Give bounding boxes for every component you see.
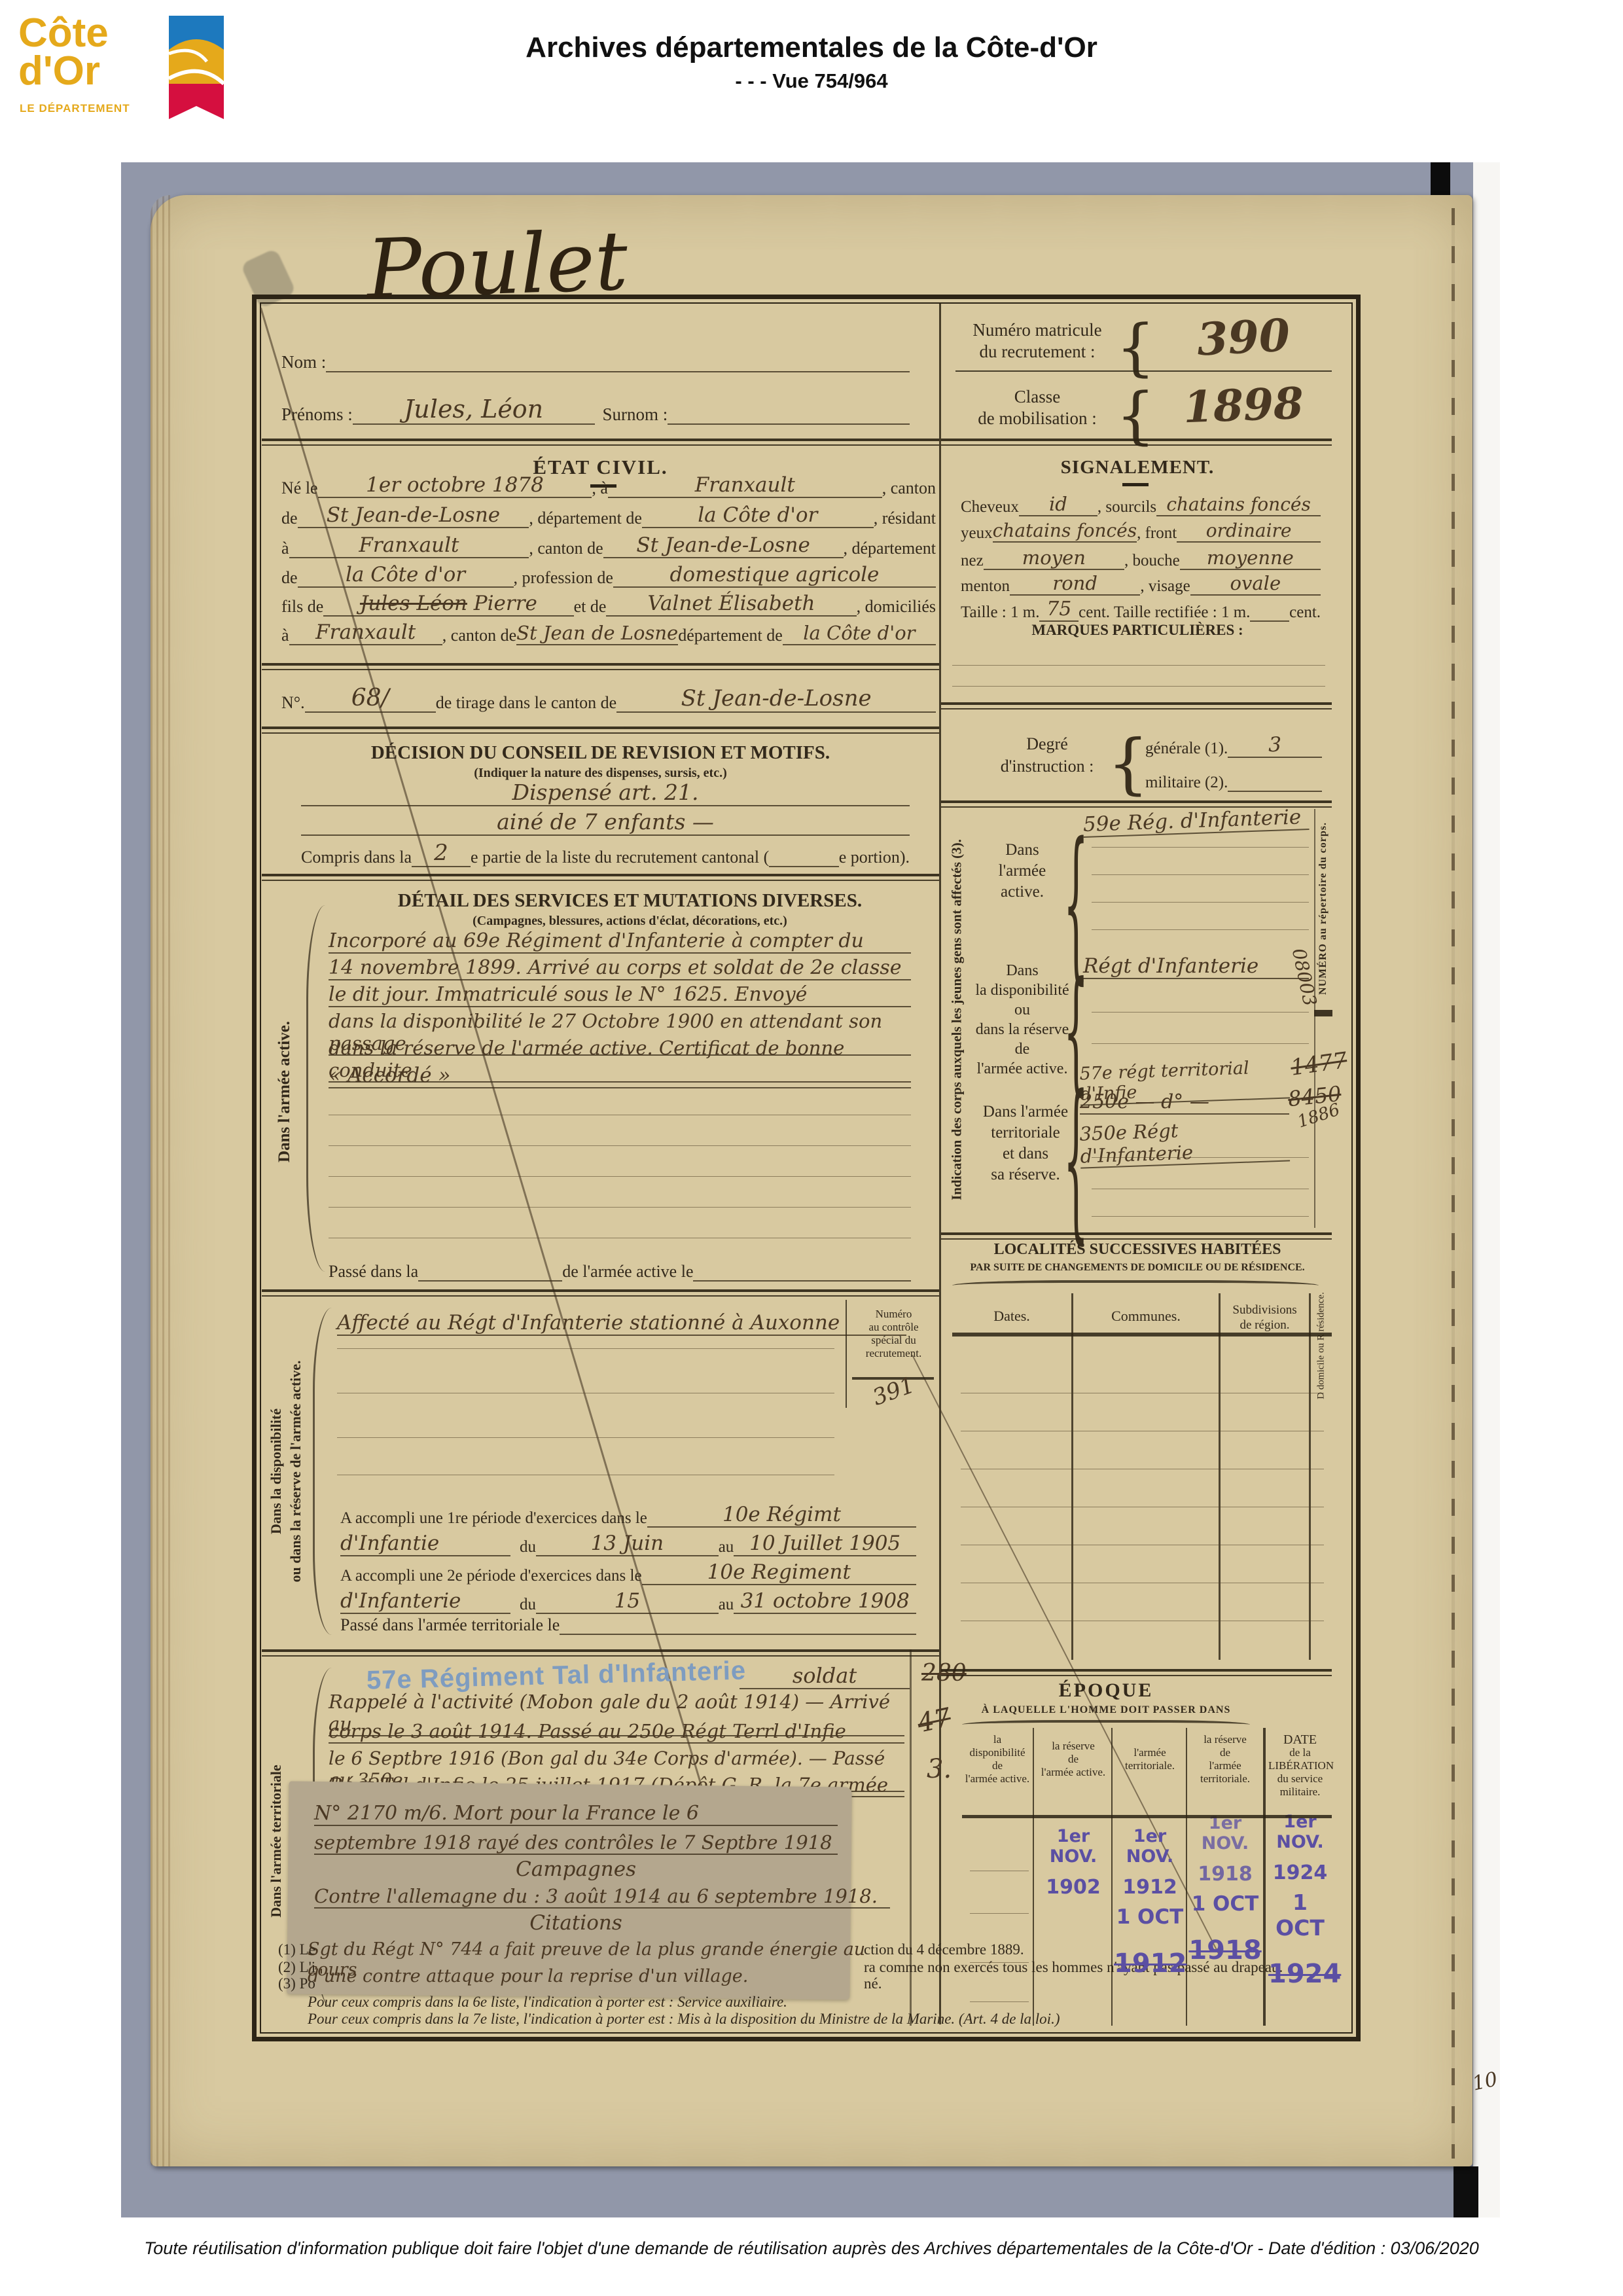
localites-header-rule bbox=[952, 1333, 1332, 1336]
classe-label-1: Classe bbox=[962, 386, 1113, 408]
ec-l5-label3: , domiciliés bbox=[857, 597, 936, 617]
name-block-rule bbox=[262, 439, 939, 446]
binding-shadow bbox=[1454, 2166, 1478, 2217]
front-value: ordinaire bbox=[1177, 520, 1321, 543]
taille-rect-label: cent. Taille rectifiée : 1 m. bbox=[1079, 603, 1250, 622]
ep-h1-1: disponibilité bbox=[962, 1746, 1033, 1759]
ep-h5-4: militaire. bbox=[1268, 1785, 1332, 1799]
prenoms-label: Prénoms : bbox=[281, 404, 353, 425]
ec-l3-value: Franxault bbox=[289, 533, 529, 558]
ep-h2-0: la réserve bbox=[1035, 1740, 1111, 1753]
periode1-du: du bbox=[520, 1538, 536, 1556]
degre-label-2: d'instruction : bbox=[982, 755, 1113, 778]
front-label: , front bbox=[1137, 524, 1177, 543]
corps-dispo-l1: la disponibilité bbox=[970, 980, 1075, 1000]
menton-label: menton bbox=[961, 577, 1010, 596]
dispo-bottom-rule bbox=[262, 1649, 939, 1657]
surnom-line bbox=[668, 403, 910, 425]
periode2-fin: 31 octobre 1908 bbox=[734, 1589, 916, 1614]
sig-row-3: nez moyen , bouche moyenne bbox=[961, 547, 1321, 570]
ec-l4-value2: domestique agricole bbox=[613, 563, 936, 588]
strip-line-7: d'une contre attaque pour la reprise d'u… bbox=[308, 1966, 883, 1986]
ec-l3-label2: , canton de bbox=[529, 539, 603, 558]
prenoms-value: Jules, Léon bbox=[353, 395, 595, 425]
ec-l5: fils de Jules Léon Pierre et de Valnet É… bbox=[281, 592, 936, 617]
ep-h4-2: l'armée bbox=[1187, 1759, 1263, 1772]
visage-label: , visage bbox=[1140, 577, 1190, 596]
blank-rule bbox=[952, 686, 1325, 687]
classe-label-2: de mobilisation : bbox=[962, 408, 1113, 429]
dates-header: Dates. bbox=[952, 1308, 1071, 1325]
subdivisions-header-1: Subdivisions bbox=[1221, 1302, 1309, 1318]
periode2-label: A accompli une 2e période d'exercices da… bbox=[340, 1567, 642, 1585]
dispo-hand: Affecté au Régt d'Infanterie stationné à… bbox=[337, 1311, 906, 1336]
corps-dispo-l3: dans la réserve bbox=[970, 1020, 1075, 1039]
epoque-col-date: DATE de la LIBÉRATION du service militai… bbox=[1268, 1728, 1332, 2026]
tirage-label: de tirage dans le canton de bbox=[436, 693, 617, 713]
services-rotated-label: Dans l'armée active. bbox=[276, 1021, 294, 1162]
localites-col-communes: Communes. bbox=[1073, 1293, 1221, 1660]
controle-label-1: Numéro bbox=[847, 1308, 940, 1321]
ec-l4-label2: , profession de bbox=[514, 568, 613, 588]
surnom-label: Surnom : bbox=[603, 404, 668, 425]
blank-rule bbox=[329, 1207, 911, 1208]
stamp-year-2: 1902 bbox=[1035, 1876, 1111, 1899]
periode1-row2: d'Infantie du 13 Juin au 10 Juillet 1905 bbox=[340, 1532, 916, 1556]
epoque-col-3: l'armée territoriale. 1er NOV. 1912 1 OC… bbox=[1114, 1728, 1187, 2026]
corps-dispo-value: Régt d'Infanterie bbox=[1083, 954, 1309, 979]
services-line-3: le dit jour. Immatriculé sous le N° 1625… bbox=[329, 983, 911, 1007]
corps-active-label: Dans l'armée active. bbox=[976, 840, 1068, 903]
compris-label3: e portion). bbox=[839, 848, 910, 867]
ec-l5-father: Pierre bbox=[474, 592, 537, 615]
strip-line-4: Contre l'allemagne du : 3 août 1914 au 6… bbox=[314, 1885, 890, 1909]
blank-rule bbox=[337, 1348, 834, 1349]
facing-page-edge bbox=[1473, 162, 1500, 2217]
blank-rule bbox=[1092, 1012, 1309, 1013]
blank-rule bbox=[337, 1437, 834, 1438]
ec-l4-value: la Côte d'or bbox=[298, 563, 514, 588]
ec-l3: à Franxault , canton de St Jean-de-Losne… bbox=[281, 533, 936, 558]
repertoire-tick bbox=[1314, 1010, 1332, 1016]
passe-active-label: Passé dans la bbox=[329, 1262, 418, 1282]
corps-active-label-2: l'armée active. bbox=[976, 861, 1068, 903]
repertoire-strip-label: NUMÉRO au répertoire du corps. bbox=[1317, 822, 1329, 995]
subdivisions-header-2: de région. bbox=[1221, 1318, 1309, 1333]
passe-terr-label: Passé dans l'armée territoriale le bbox=[340, 1615, 560, 1635]
passe-active-row: Passé dans la de l'armée active le bbox=[329, 1261, 911, 1282]
blank-rule bbox=[1092, 929, 1309, 930]
services-line-2: 14 novembre 1899. Arrivé au corps et sol… bbox=[329, 956, 911, 980]
nom-row: Nom : bbox=[281, 351, 910, 372]
ec-l1-label: Né le bbox=[281, 478, 318, 498]
periode1-debut: 13 Juin bbox=[536, 1532, 719, 1556]
services-title: DÉTAIL DES SERVICES ET MUTATIONS DIVERSE… bbox=[321, 890, 939, 912]
blank-rule bbox=[961, 1621, 1324, 1621]
subdivisions-header: Subdivisions de région. bbox=[1221, 1302, 1309, 1333]
blank-rule bbox=[329, 1145, 911, 1146]
dispo-rotated-label-2: ou dans la réserve de l'armée active. bbox=[287, 1360, 304, 1582]
footnote-3-left: (3) Po bbox=[278, 1975, 315, 1992]
controle-label-4: recrutement. bbox=[847, 1347, 940, 1360]
terr-line-2: corps le 3 août 1914. Passé au 250e Régt… bbox=[329, 1720, 904, 1744]
footnote-2-left: (2) L'i bbox=[278, 1959, 315, 1976]
epoque-header-rule bbox=[962, 1815, 1332, 1818]
footnote-3-right: né. bbox=[864, 1975, 882, 1992]
marques-title: MARQUES PARTICULIÈRES : bbox=[941, 622, 1334, 639]
ec-l3-label: à bbox=[281, 539, 289, 558]
passe-terr-blank bbox=[560, 1614, 916, 1635]
ec-l5-label: fils de bbox=[281, 597, 323, 617]
ec-l5-mother: Valnet Élisabeth bbox=[606, 592, 856, 617]
tirage-no-value: 68/ bbox=[305, 685, 436, 713]
controle-label-3: spécial du bbox=[847, 1334, 940, 1347]
epoque-col-2: la réserve de l'armée active. 1er NOV. 1… bbox=[1035, 1728, 1113, 2026]
ec-l3-value2: St Jean-de-Losne bbox=[603, 533, 844, 558]
services-bottom-rule bbox=[262, 1289, 939, 1297]
ep-h2-1: de bbox=[1035, 1753, 1111, 1766]
footnote-1-left: (1) Le bbox=[278, 1941, 315, 1958]
page-stack-edge bbox=[151, 195, 170, 2166]
cheveux-value: id bbox=[1019, 493, 1097, 516]
ec-l4: de la Côte d'or , profession de domestiq… bbox=[281, 563, 936, 588]
blank-rule bbox=[329, 1238, 911, 1238]
stamp-big-4: 1918 bbox=[1187, 1935, 1263, 1965]
sig-row-1: Cheveux id , sourcils chatains foncés bbox=[961, 493, 1321, 516]
ec-l4-label: de bbox=[281, 568, 298, 588]
epoque-top-rule bbox=[941, 1669, 1332, 1676]
localites-title: LOCALITÉS SUCCESSIVES HABITÉES bbox=[941, 1241, 1334, 1259]
compris-label: Compris dans la bbox=[301, 848, 412, 867]
periode2-debut: 15 bbox=[536, 1589, 719, 1614]
periode2-au: au bbox=[719, 1596, 734, 1614]
epoque-col-4: la réserve de l'armée territoriale. 1er … bbox=[1187, 1728, 1266, 2026]
degre-gen-value: 3 bbox=[1228, 733, 1322, 758]
register-page: 10 Poulet Nom : Prénoms : Jules, Léon bbox=[151, 195, 1472, 2166]
ec-l5-label2: et de bbox=[574, 597, 607, 617]
etat-bottom-rule bbox=[262, 663, 939, 670]
blank-rule bbox=[337, 1393, 834, 1393]
ec-l6-label3: département de bbox=[678, 626, 783, 645]
bouche-label: , bouche bbox=[1124, 552, 1180, 570]
stamp-year-3: 1912 bbox=[1114, 1876, 1186, 1899]
corps-active-label-1: Dans bbox=[976, 840, 1068, 861]
blank-rule bbox=[961, 1507, 1324, 1507]
controle-box: Numéro au contrôle spécial du recrutemen… bbox=[846, 1300, 940, 1408]
classe-label: Classe de mobilisation : bbox=[962, 386, 1113, 429]
yeux-value: chatains foncés bbox=[993, 520, 1137, 543]
decision-rule bbox=[262, 874, 939, 881]
epoque-col3-header: l'armée territoriale. bbox=[1114, 1746, 1186, 1772]
periode1-au: au bbox=[719, 1538, 734, 1556]
blank-rule bbox=[1092, 1189, 1309, 1189]
decision-hand2: ainé de 7 enfants — bbox=[301, 809, 910, 836]
epoque-title: ÉPOQUE bbox=[962, 1679, 1250, 1702]
blank-rule bbox=[1092, 1157, 1309, 1158]
ec-l2-value: St Jean-de-Losne bbox=[298, 503, 529, 528]
ep-h3-0: l'armée bbox=[1114, 1746, 1186, 1759]
stamp-big-5: 1924 bbox=[1268, 1959, 1332, 1989]
ec-l6-value3: la Côte d'or bbox=[783, 622, 936, 645]
page-title: Archives départementales de la Côte-d'Or bbox=[0, 31, 1623, 64]
ec-l1-label2: , à bbox=[592, 478, 608, 498]
ec-l2-label2: , département de bbox=[529, 509, 642, 528]
degre-gen-row: générale (1). 3 bbox=[1145, 733, 1322, 758]
localites-col-subdivisions: Subdivisions de région. bbox=[1221, 1293, 1311, 1660]
communes-header: Communes. bbox=[1073, 1308, 1219, 1325]
compris-blank bbox=[769, 846, 838, 867]
margin-number-3: 3. bbox=[927, 1754, 952, 1784]
taille-cent-label: cent. bbox=[1289, 603, 1321, 622]
degre-brace: { bbox=[1107, 725, 1149, 802]
name-script: Poulet bbox=[365, 207, 827, 317]
matricule-label-2: du recrutement : bbox=[962, 341, 1113, 363]
periode1-value: 10e Régimt bbox=[647, 1503, 916, 1528]
cheveux-label: Cheveux bbox=[961, 498, 1019, 516]
corps-terr-value-3: 350e Régt d'Infanterie bbox=[1079, 1115, 1290, 1168]
epoque-col4-header: la réserve de l'armée territoriale. bbox=[1187, 1733, 1263, 1785]
tirage-row: N°. 68/ de tirage dans le canton de St J… bbox=[281, 685, 936, 713]
sig-row-2: yeux chatains foncés , front ordinaire bbox=[961, 520, 1321, 543]
degre-label: Degré d'instruction : bbox=[982, 733, 1113, 778]
epoque-col1-header: la disponibilité de l'armée active. bbox=[962, 1733, 1033, 1785]
blank-rule bbox=[1092, 874, 1309, 875]
dispo-brace bbox=[313, 1308, 332, 1635]
stamp-nov-3: 1er NOV. bbox=[1114, 1826, 1186, 1867]
ep-h5-3: du service bbox=[1268, 1772, 1332, 1785]
ec-l5-value: Jules Léon Pierre bbox=[323, 592, 573, 617]
blank-rule bbox=[970, 1871, 1029, 1871]
taille-row: Taille : 1 m. 75 cent. Taille rectifiée … bbox=[961, 598, 1321, 622]
stamp-nov-2: 1er NOV. bbox=[1035, 1826, 1111, 1867]
periode2-row2: d'Infanterie du 15 au 31 octobre 1908 bbox=[340, 1589, 916, 1614]
epoque-col-1: la disponibilité de l'armée active. bbox=[962, 1728, 1034, 2026]
compris-row: Compris dans la 2 e partie de la liste d… bbox=[301, 840, 910, 867]
matricule-label: Numéro matricule du recrutement : bbox=[962, 319, 1113, 363]
ep-h4-1: de bbox=[1187, 1746, 1263, 1759]
repertoire-divider bbox=[1314, 809, 1315, 1228]
periode1-label: A accompli une 1re période d'exercices d… bbox=[340, 1509, 647, 1528]
periode2-corps: d'Infanterie bbox=[340, 1589, 510, 1614]
blank-rule bbox=[961, 1583, 1324, 1583]
periode2-value: 10e Regiment bbox=[642, 1560, 916, 1585]
ec-l2-value2: la Côte d'or bbox=[642, 503, 874, 528]
matricule-value: 390 bbox=[1167, 308, 1320, 368]
blank-rule bbox=[329, 1176, 911, 1177]
corps-dispo-label: Dans la disponibilité ou dans la réserve… bbox=[970, 961, 1075, 1079]
ep-h3-1: territoriale. bbox=[1114, 1759, 1186, 1772]
ec-l6: à Franxault , canton de St Jean de Losne… bbox=[281, 620, 936, 645]
corps-terr-brace: { bbox=[1063, 1060, 1088, 1262]
ep-h1-0: la bbox=[962, 1733, 1033, 1746]
stamp-oct-3: 1 OCT bbox=[1114, 1905, 1186, 1929]
ep-h1-3: l'armée active. bbox=[962, 1772, 1033, 1785]
terr-rotated-label-1: Dans l'armée territoriale bbox=[268, 1765, 285, 1917]
corps-dispo-l4: de bbox=[970, 1039, 1075, 1059]
decision-subtitle: (Indiquer la nature des dispenses, sursi… bbox=[262, 766, 939, 781]
stamp-oct-4: 1 OCT bbox=[1187, 1892, 1263, 1916]
periode1-row: A accompli une 1re période d'exercices d… bbox=[340, 1503, 916, 1528]
dr-header: D domicile ou R résidence. bbox=[1316, 1292, 1327, 1399]
strip-line-3: Campagnes bbox=[314, 1857, 838, 1881]
blank-rule bbox=[970, 1913, 1029, 1914]
services-subtitle: (Campagnes, blessures, actions d'éclat, … bbox=[321, 914, 939, 929]
taille-label: Taille : 1 m. bbox=[961, 603, 1039, 622]
nom-label: Nom : bbox=[281, 352, 326, 372]
nom-line bbox=[326, 351, 910, 372]
degre-mil-label: militaire (2). bbox=[1145, 774, 1228, 792]
nez-value: moyen bbox=[984, 547, 1124, 570]
stamp-oct-5: 1 OCT bbox=[1268, 1890, 1332, 1941]
blank-rule bbox=[1092, 1043, 1309, 1044]
passe-terr-row: Passé dans l'armée territoriale le bbox=[340, 1614, 916, 1635]
degre-label-1: Degré bbox=[982, 733, 1113, 755]
ec-l6-value: Franxault bbox=[289, 620, 442, 645]
stamp-nov-4: 1er NOV. bbox=[1187, 1813, 1263, 1854]
footnote-4: Pour ceux compris dans la 6e liste, l'in… bbox=[308, 1994, 787, 2011]
bouche-value: moyenne bbox=[1180, 547, 1321, 570]
signalement-rule bbox=[941, 702, 1332, 709]
services-line-6: « Accordé » bbox=[329, 1064, 911, 1088]
ec-l2: de St Jean-de-Losne , département de la … bbox=[281, 503, 936, 528]
tirage-rule bbox=[262, 726, 939, 734]
blank-rule bbox=[961, 1393, 1324, 1393]
corps-dispo-l2: ou bbox=[970, 1000, 1075, 1020]
decision-title: DÉCISION DU CONSEIL DE REVISION ET MOTIF… bbox=[262, 742, 939, 764]
tirage-value: St Jean-de-Losne bbox=[616, 685, 936, 713]
footnote-5: Pour ceux compris dans la 7e liste, l'in… bbox=[308, 2011, 1060, 2028]
epoque-col2-header: la réserve de l'armée active. bbox=[1035, 1740, 1111, 1779]
matricule-rule bbox=[955, 370, 1332, 372]
ep-h4-0: la réserve bbox=[1187, 1733, 1263, 1746]
degre-gen-label: générale (1). bbox=[1145, 740, 1228, 758]
services-brace bbox=[306, 905, 325, 1272]
blank-rule bbox=[970, 1962, 1029, 1963]
localites-brace bbox=[952, 1280, 1319, 1291]
menton-value: rond bbox=[1010, 572, 1140, 596]
ec-l5-struck: Jules Léon bbox=[360, 592, 467, 615]
ec-l2-label3: , résidant bbox=[874, 509, 936, 528]
ec-l1: Né le 1er octobre 1878 , à Franxault , c… bbox=[281, 473, 936, 498]
logo-subtitle: LE DÉPARTEMENT bbox=[20, 102, 130, 115]
tirage-no-label: N°. bbox=[281, 693, 305, 713]
controle-label-2: au contrôle bbox=[847, 1321, 940, 1334]
stitching bbox=[1452, 208, 1455, 2159]
sourcils-label: , sourcils bbox=[1097, 498, 1156, 516]
epoque-date-header: DATE de la LIBÉRATION du service militai… bbox=[1268, 1733, 1332, 1799]
corps-dispo-l0: Dans bbox=[970, 961, 1075, 980]
ep-h5-0: DATE bbox=[1268, 1733, 1332, 1746]
ep-h4-3: territoriale. bbox=[1187, 1772, 1263, 1785]
corps-rotated-label: Indication des corps auxquels les jeunes… bbox=[949, 839, 965, 1200]
compris-label2: e partie de la liste du recrutement cant… bbox=[471, 848, 769, 867]
ec-l3-label3: , département bbox=[844, 539, 936, 558]
passe-active-label2: de l'armée active le bbox=[562, 1262, 693, 1282]
strip-line-5: Citations bbox=[314, 1911, 838, 1935]
stamp-year-5: 1924 bbox=[1268, 1861, 1332, 1884]
blank-rule bbox=[1092, 1216, 1309, 1217]
ec-l1-value2: Franxault bbox=[608, 473, 882, 498]
degre-mil-blank bbox=[1228, 772, 1322, 792]
signalement-tick bbox=[1122, 483, 1149, 486]
ep-h1-2: de bbox=[962, 1759, 1033, 1772]
corps-dispo-l5: l'armée active. bbox=[970, 1059, 1075, 1079]
services-line-1: Incorporé au 69e Régiment d'Infanterie à… bbox=[329, 929, 911, 954]
corps-terr-value-2: 250e — d° — bbox=[1080, 1090, 1289, 1115]
screenshot-root: Côte d'Or LE DÉPARTEMENT Archives départ… bbox=[0, 0, 1623, 2296]
controle-box-label: Numéro au contrôle spécial du recrutemen… bbox=[847, 1300, 940, 1360]
blank-rule bbox=[961, 1431, 1324, 1431]
passe-active-blank2 bbox=[693, 1261, 911, 1282]
localites-col-dates: Dates. bbox=[952, 1293, 1073, 1660]
localites-subtitle: PAR SUITE DE CHANGEMENTS DE DOMICILE OU … bbox=[941, 1262, 1334, 1274]
stamp-year-4: 1918 bbox=[1187, 1863, 1263, 1886]
taille-rect-blank bbox=[1250, 602, 1289, 622]
degre-mil-row: militaire (2). bbox=[1145, 772, 1322, 792]
corps-bottom-rule bbox=[941, 1232, 1332, 1240]
periode1-corps: d'Infantie bbox=[340, 1532, 510, 1556]
prenoms-row: Prénoms : Jules, Léon Surnom : bbox=[281, 395, 910, 425]
blank-rule bbox=[1092, 902, 1309, 903]
grade-hand: soldat bbox=[740, 1663, 910, 1689]
binding-clip bbox=[1431, 162, 1450, 199]
ec-l1-label3: , canton bbox=[882, 478, 936, 498]
blank-rule bbox=[970, 2001, 1029, 2002]
epoque-subtitle: À LAQUELLE L'HOMME DOIT PASSER DANS bbox=[962, 1704, 1250, 1716]
matricule-label-1: Numéro matricule bbox=[962, 319, 1113, 341]
right-top-rule bbox=[941, 439, 1332, 446]
strip-line-2: septembre 1918 rayé des contrôles le 7 S… bbox=[314, 1831, 838, 1855]
periode2-du: du bbox=[520, 1596, 536, 1614]
classe-value: 1898 bbox=[1158, 376, 1330, 433]
ep-h2-2: l'armée active. bbox=[1035, 1766, 1111, 1779]
ep-h5-1: de la bbox=[1268, 1746, 1332, 1759]
nez-label: nez bbox=[961, 552, 984, 570]
ep-h5-2: LIBÉRATION bbox=[1268, 1759, 1332, 1772]
sig-row-4: menton rond , visage ovale bbox=[961, 572, 1321, 596]
compris-value: 2 bbox=[412, 840, 471, 867]
blank-rule bbox=[337, 1475, 834, 1475]
blank-rule bbox=[329, 1115, 911, 1115]
sourcils-value: chatains foncés bbox=[1156, 493, 1321, 516]
blank-rule bbox=[1092, 847, 1309, 848]
ec-l6-label: à bbox=[281, 626, 289, 645]
localites-col-dr: D domicile ou R résidence. bbox=[1311, 1293, 1332, 1660]
reuse-notice: Toute réutilisation d'information publiq… bbox=[0, 2238, 1623, 2259]
dispo-rotated-label-1: Dans la disponibilité bbox=[268, 1408, 285, 1534]
strip-line-1: N° 2170 m/6. Mort pour la France le 6 bbox=[314, 1802, 838, 1826]
ec-l2-label: de bbox=[281, 509, 298, 528]
passe-active-blank bbox=[418, 1261, 562, 1282]
view-counter: - - - Vue 754/964 bbox=[0, 69, 1623, 93]
ec-l6-label2: , canton de bbox=[442, 626, 516, 645]
visage-value: ovale bbox=[1190, 572, 1321, 596]
ec-l6-value2: St Jean de Losne bbox=[516, 622, 678, 645]
periode1-fin: 10 Juillet 1905 bbox=[734, 1532, 916, 1556]
ec-l1-value: 1er octobre 1878 bbox=[318, 473, 592, 498]
taille-value: 75 bbox=[1039, 598, 1079, 622]
blank-rule bbox=[961, 1545, 1324, 1545]
signalement-title: SIGNALEMENT. bbox=[941, 457, 1334, 478]
decision-hand1: Dispensé art. 21. bbox=[301, 780, 910, 806]
blank-rule bbox=[961, 1469, 1324, 1469]
matricule-brace: { bbox=[1116, 312, 1155, 384]
yeux-label: yeux bbox=[961, 524, 993, 543]
blank-rule bbox=[952, 665, 1325, 666]
periode2-row: A accompli une 2e période d'exercices da… bbox=[340, 1560, 916, 1585]
stamp-big-3: 1912 bbox=[1114, 1948, 1186, 1979]
scan-background: 10 Poulet Nom : Prénoms : Jules, Léon bbox=[121, 162, 1500, 2217]
